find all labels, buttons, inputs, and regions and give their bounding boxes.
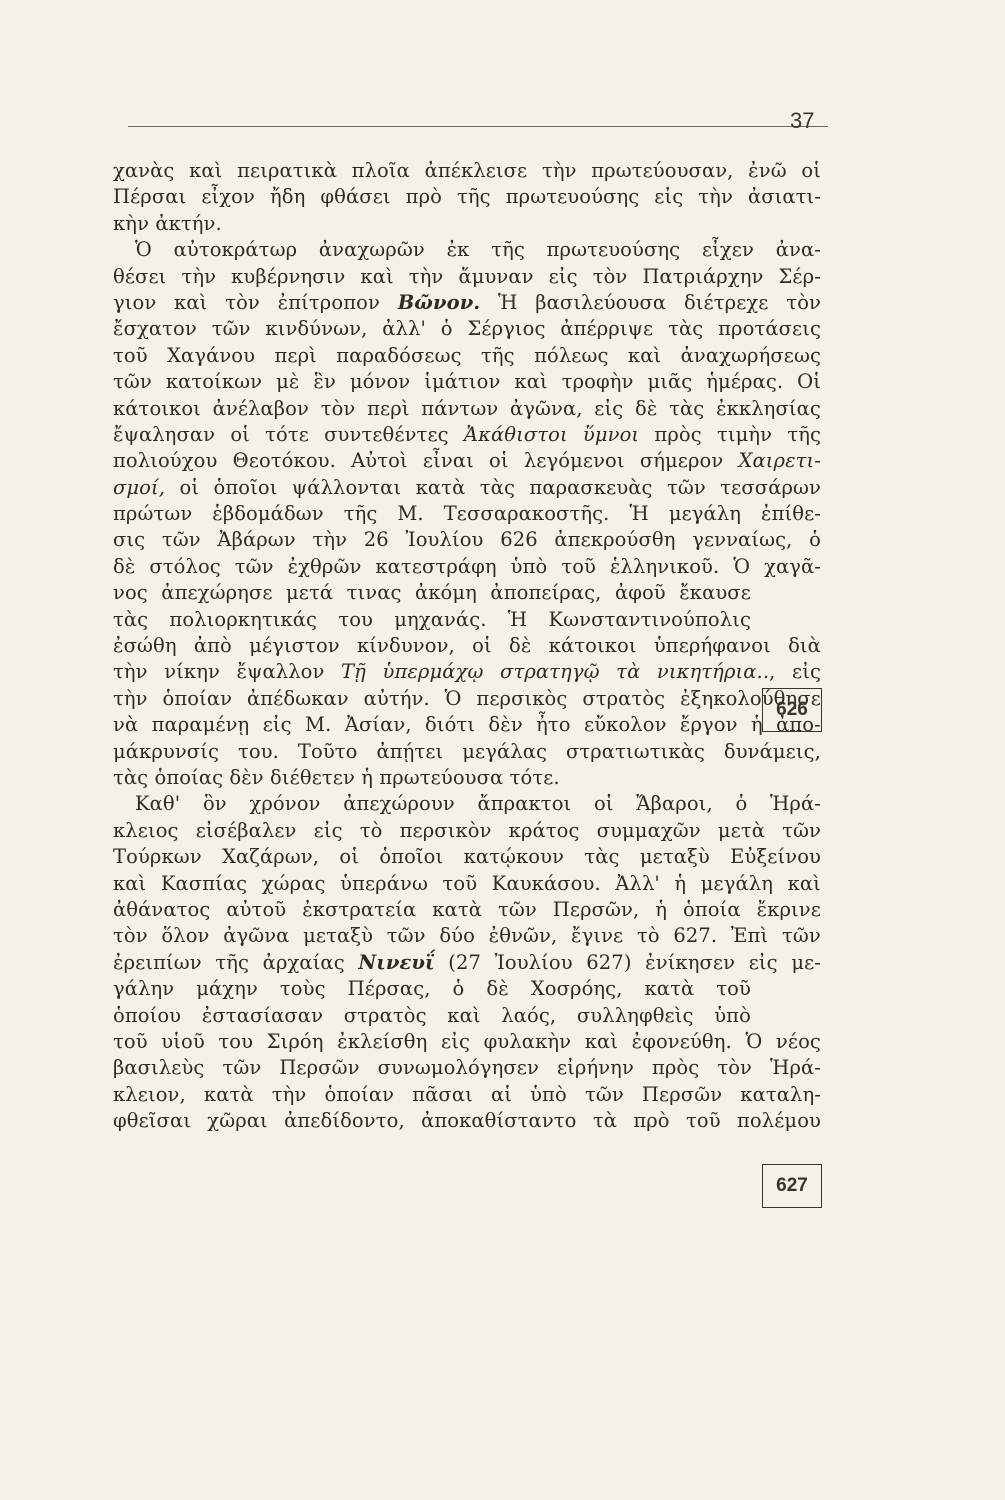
word: ἀπέρριψε [560, 316, 653, 342]
word: κατῴκουν [464, 844, 564, 870]
word: ἡ [655, 897, 667, 923]
word: Ἡρά- [770, 791, 821, 817]
word: τὸ [637, 923, 660, 949]
word: ἔκαυσε [679, 580, 751, 606]
word: πολέμου [737, 1108, 821, 1134]
word: περὶ [274, 343, 316, 369]
word: καὶ [585, 1029, 618, 1055]
word: τοῦ [113, 343, 148, 369]
text-segment: Νινευΐ [358, 951, 434, 974]
word: μέγιστον [249, 633, 340, 659]
word: Ἄβαροι, [636, 791, 713, 817]
word: ὁποίαν [325, 1082, 395, 1108]
word: Πατριάρχην [642, 264, 763, 290]
word: δὲ [635, 396, 657, 422]
word: Μ. [397, 501, 423, 527]
word: κατοίκων [166, 369, 262, 395]
word: πλοῖα [352, 158, 410, 184]
word: ἀπεχώρησε [161, 580, 272, 606]
word: τὴν [113, 686, 148, 712]
word: ἑλληνικοῦ. [610, 554, 719, 580]
word: περσικὸν [400, 818, 492, 844]
word: ἀθάνατος [113, 897, 210, 923]
word: ἀναχωρῶν [319, 237, 425, 263]
text-line: κάτοικοιἀνέλαβοντὸνπερὶπάντωνἀγῶνα,εἰςδὲ… [113, 396, 821, 422]
word: μετά [286, 580, 333, 606]
word: ἡ [751, 712, 763, 738]
text-line: νὰπαραμένῃεἰςΜ.Ἀσίαν,διότιδὲνἦτοεὔκολονἔ… [113, 712, 821, 738]
word: κατὰ [645, 976, 695, 1002]
text-line: μάκρυνσίςτου.Τοῦτοἀπῄτειμεγάλαςστρατιωτι… [113, 739, 821, 765]
text-segment: Βῶνον. [398, 291, 481, 314]
text-line: τὰςπολιορκητικάςτουμηχανάς.ἩΚωνσταντινού… [113, 607, 751, 633]
word: τῶν [585, 1082, 624, 1108]
word: ἦτο [536, 712, 571, 738]
word: Περσῶν [279, 1055, 359, 1081]
text-segment: τὰς ὁποίας δὲν διέθετεν ἡ πρωτεύουσα τότ… [113, 765, 560, 791]
word: Ἡ [629, 501, 648, 527]
word: στρατὸς [582, 686, 665, 712]
text-line: πρώτωνἑβδομάδωντῆςΜ.Τεσσαρακοστῆς.Ἡμεγάλ… [113, 501, 821, 527]
word: ἀπεκρούσθη [554, 527, 675, 553]
text-segment: τὴν νίκην ἔψαλλον [113, 660, 341, 683]
word: τοῦ [561, 554, 596, 580]
word: ἐκλείσθη [337, 1029, 427, 1055]
mixed-line: σμοί, οἱ ὁποῖοι ψάλλονται κατὰ τὰς παρασ… [113, 475, 821, 501]
text-line: σμοί, οἱ ὁποῖοι ψάλλονται κατὰ τὰς παρασ… [113, 475, 821, 501]
text-segment: Τῇ ὑπερμάχῳ στρατηγῷ τὰ νικητήρια.. [341, 660, 769, 683]
word: πρωτευούσης [506, 184, 640, 210]
word: πᾶσαι [412, 1082, 473, 1108]
word: αὐτοῦ [226, 897, 286, 923]
word: τῶν [387, 923, 426, 949]
word: προτάσεις [718, 316, 821, 342]
word: τοῦ [113, 1029, 148, 1055]
word: Ἀβάρων [217, 527, 295, 553]
word: τὰ [593, 1108, 617, 1134]
word: ὃν [203, 791, 227, 817]
text-line: τοῦΧαγάνουπερὶπαραδόσεωςτῆςπόλεωςκαὶἀναχ… [113, 343, 821, 369]
word: Οἱ [797, 369, 821, 395]
word: Τεσσαρακοστῆς. [444, 501, 610, 527]
word: Ὁ [135, 237, 152, 263]
word: χῶραι [207, 1108, 268, 1134]
word: πάντων [421, 396, 498, 422]
word: κλειον, [113, 1082, 186, 1108]
text-segment: ἔψαλησαν οἱ τότε συντεθέντες [113, 423, 464, 446]
word: νέος [776, 1029, 821, 1055]
word: εἰρήνην [557, 1055, 634, 1081]
word: τῶν [235, 554, 274, 580]
word: τὰς [584, 844, 619, 870]
word: του. [238, 739, 279, 765]
word: ἔκρινε [757, 897, 821, 923]
text-line: τὴν νίκην ἔψαλλον Τῇ ὑπερμάχῳ στρατηγῷ τ… [113, 659, 821, 685]
word: πρωτεύουσαν, [591, 158, 733, 184]
word: ἀγῶνα, [510, 396, 583, 422]
word: ὁποίαν [163, 686, 233, 712]
word: Χαγάνου [167, 343, 255, 369]
word: μάκρυνσίς [113, 739, 219, 765]
word: εἰς [549, 264, 578, 290]
word: κατὰ [432, 897, 482, 923]
word: καὶ [628, 343, 661, 369]
word: αὐτήν. [364, 686, 430, 712]
word: ἔργον [680, 712, 738, 738]
word: νὰ [113, 712, 138, 738]
word: μεγάλη [669, 501, 741, 527]
margin-note-626: 626 [762, 688, 822, 732]
word: τοῦ [686, 1108, 721, 1134]
word: Πέρσαι [113, 184, 186, 210]
word: ἔγινε [571, 923, 623, 949]
word: εὔκολον [584, 712, 667, 738]
word: χώρας [262, 871, 326, 897]
word: τὸν [717, 1055, 752, 1081]
word: τὸν [593, 264, 628, 290]
text-line: κλειον,κατὰτὴνὁποίανπᾶσαιαἱὑπὸτῶνΠερσῶνκ… [113, 1082, 821, 1108]
text-line: γάληνμάχηντοὺςΠέρσας,ὁδὲΧοσρόης,κατὰτοῦ [113, 976, 751, 1002]
word: ἔσχατον [113, 316, 197, 342]
word: τῶν [782, 923, 821, 949]
word: ἀπῄτει [376, 739, 443, 765]
word: ἄπρακτοι [478, 791, 572, 817]
text-line: Καθ'ὃνχρόνονἀπεχώρουνἄπρακτοιοἱἌβαροι,ὁἩ… [113, 791, 821, 817]
word: ὑπὸ [511, 554, 548, 580]
word: συμμαχῶν [597, 818, 701, 844]
word: καὶ [189, 158, 222, 184]
word: τῆς [491, 237, 525, 263]
word: μεγάλας [462, 739, 547, 765]
word: Κωνσταντινούπολις [548, 607, 751, 633]
word: πρώτων [113, 501, 192, 527]
word: τοῦ [443, 871, 478, 897]
text-segment: ἐρειπίων τῆς ἀρχαίας [113, 951, 358, 974]
text-line: κλειοςεἰσέβαλενεἰςτὸπερσικὸνκράτοςσυμμαχ… [113, 818, 821, 844]
book-page: 37 χανὰςκαὶπειρατικὰπλοῖαἀπέκλεισετὴνπρω… [0, 0, 1005, 1500]
word: ὁποίου [113, 1003, 181, 1029]
word: δὲ [486, 976, 508, 1002]
word: καὶ [788, 871, 821, 897]
word: διὰ [788, 633, 821, 659]
word: Εὐξείνου [730, 844, 821, 870]
text-line: ὁποίουἐστασίασανστρατὸςκαὶλαός,συλληφθεὶ… [113, 1003, 751, 1029]
word: περὶ [367, 396, 409, 422]
word: Πέρσας, [348, 976, 431, 1002]
text-line: γιον καὶ τὸν ἐπίτροπον Βῶνον. Ἡ βασιλεύο… [113, 290, 821, 316]
word: θέσει [113, 264, 166, 290]
word: τῶν [212, 316, 251, 342]
word: παραμένῃ [152, 712, 250, 738]
text-line: φθεῖσαιχῶραιἀπεδίδοντο,ἀποκαθίσταντοτὰπρ… [113, 1108, 821, 1134]
word: αἱ [491, 1082, 512, 1108]
word: συνωμολόγησεν [378, 1055, 539, 1081]
word: 626 [500, 527, 538, 553]
word: ὁποία [683, 897, 741, 923]
word: Τοῦτο [298, 739, 358, 765]
word: υἱοῦ [161, 1029, 205, 1055]
word: στόλος [149, 554, 220, 580]
text-line: Πέρσαιεἶχονἤδηφθάσειπρὸτῆςπρωτευούσηςεἰς… [113, 184, 821, 210]
word: στρατὸς [344, 1003, 427, 1029]
word: τῆς [457, 184, 491, 210]
word: ὅλον [161, 923, 209, 949]
word: πολιορκητικάς [169, 607, 317, 633]
text-line: ἀθάνατοςαὐτοῦἐκστρατείακατὰτῶνΠερσῶν,ἡὁπ… [113, 897, 821, 923]
word: εἶχον [201, 184, 255, 210]
word: ἐθνῶν, [489, 923, 558, 949]
word: κλειος [113, 818, 179, 844]
word: ἓν [313, 369, 336, 395]
text-line: τοῦυἱοῦτουΣιρόηἐκλείσθηεἰςφυλακὴνκαὶἐφον… [113, 1029, 821, 1055]
word: πρὸ [633, 1108, 669, 1134]
word: τὴν [272, 1082, 307, 1108]
word: ὑπὸ [530, 1082, 567, 1108]
word: πρωτευούσης [547, 237, 681, 263]
word: Καθ' [135, 791, 180, 817]
word: Περσῶν, [553, 897, 640, 923]
word: καὶ [447, 1003, 480, 1029]
word: Ὁ [733, 554, 750, 580]
text-segment: (27 Ἰουλίου 627) ἐνίκησεν εἰς με- [435, 951, 821, 974]
text-line: Ὁαὐτοκράτωρἀναχωρῶνἐκτῆςπρωτευούσηςεἶχεν… [113, 237, 821, 263]
word: Χαζάρων, [222, 844, 319, 870]
word: χαγᾶ- [764, 554, 821, 580]
word: τὴν [181, 264, 216, 290]
word: πόλεως [534, 343, 608, 369]
word: μετὰ [718, 818, 765, 844]
word: κυβέρνησιν [231, 264, 345, 290]
word: στρατιωτικὰς [566, 739, 705, 765]
word: ἐκ [447, 237, 470, 263]
text-line: ἐρειπίων τῆς ἀρχαίας Νινευΐ (27 Ἰουλίου … [113, 950, 821, 976]
word: παραδόσεως [336, 343, 461, 369]
word: ἐκστρατεία [302, 897, 416, 923]
word: σις [113, 527, 145, 553]
mixed-line: ἐρειπίων τῆς ἀρχαίας Νινευΐ (27 Ἰουλίου … [113, 950, 821, 976]
word: ἐστασίασαν [202, 1003, 323, 1029]
word: Σέργιος [467, 316, 545, 342]
text-line: σιςτῶνἈβάρωντὴν26Ἰουλίου626ἀπεκρούσθηγεν… [113, 527, 821, 553]
word: πρὸ [406, 184, 442, 210]
word: τὰς [113, 607, 148, 633]
text-segment: Ἀκάθιστοι ὕμνοι [464, 423, 639, 446]
word: ὁ [809, 527, 821, 553]
word: Ἡ [508, 607, 527, 633]
word: Ἰουλίου [405, 527, 483, 553]
word: ὁ [441, 316, 453, 342]
mixed-line: γιον καὶ τὸν ἐπίτροπον Βῶνον. Ἡ βασιλεύο… [113, 290, 821, 316]
word: Ἀσίαν, [345, 712, 412, 738]
word: τῶν [498, 897, 537, 923]
word: Κασπίας [161, 871, 247, 897]
word: ἡμέρας. [706, 369, 783, 395]
word: κίνδυνον, [357, 633, 455, 659]
text-segment: πολιούχου Θεοτόκου. Αὐτοὶ εἶναι οἱ λεγόμ… [113, 449, 739, 472]
word: τὰς [668, 316, 703, 342]
word: μάχην [196, 976, 258, 1002]
word: εἰς [263, 712, 292, 738]
word: ὑπὸ [714, 1003, 751, 1029]
word: δὲν [488, 712, 522, 738]
mixed-line: πολιούχου Θεοτόκου. Αὐτοὶ εἶναι οἱ λεγόμ… [113, 448, 821, 474]
word: ἐχθρῶν [288, 554, 362, 580]
word: μηχανάς. [394, 607, 486, 633]
text-line: πολιούχου Θεοτόκου. Αὐτοὶ εἶναι οἱ λεγόμ… [113, 448, 821, 474]
text-segment: οἱ ὁποῖοι ψάλλονται κατὰ τὰς παρασκευὰς … [165, 476, 821, 499]
word: φθάσει [320, 184, 390, 210]
page-number: 37 [790, 108, 814, 134]
body-text: χανὰςκαὶπειρατικὰπλοῖαἀπέκλεισετὴνπρωτεύ… [113, 158, 821, 1134]
text-line: τὸνὅλονἀγῶναμεταξὺτῶνδύοἐθνῶν,ἔγινετὸ627… [113, 923, 821, 949]
word: ἄμυναν [458, 264, 533, 290]
text-segment: γιον καὶ τὸν ἐπίτροπον [113, 291, 398, 314]
word: δύο [439, 923, 475, 949]
word: τὴν [698, 184, 733, 210]
word: οἱ [339, 844, 359, 870]
word: δυνάμεις, [724, 739, 821, 765]
word: οἱ [801, 158, 821, 184]
word: του [218, 1029, 253, 1055]
word: εἰς [594, 396, 623, 422]
word: κράτος [509, 818, 580, 844]
word: τὴν [312, 527, 347, 553]
word: μόνον [350, 369, 410, 395]
word: εἰς [314, 818, 343, 844]
word: τῶν [782, 818, 821, 844]
word: ἀπέκλεισε [425, 158, 528, 184]
word: ἀποκαθίσταντο [421, 1108, 576, 1134]
text-segment: , εἰς [769, 660, 821, 683]
word: Σέρ- [779, 264, 821, 290]
text-segment: Χαιρετι- [739, 449, 821, 472]
word: ὑπερήφανοι [654, 633, 771, 659]
word: Ὁ [445, 686, 462, 712]
word: μεταξὺ [303, 923, 373, 949]
word: 627. [673, 923, 717, 949]
word: καὶ [360, 264, 393, 290]
word: του [338, 607, 373, 633]
text-line: θέσειτὴνκυβέρνησινκαὶτὴνἄμυνανεἰςτὸνΠατρ… [113, 264, 821, 290]
word: Μ. [305, 712, 331, 738]
word: τὸν [321, 396, 356, 422]
word: νος [113, 580, 148, 606]
word: εἰσέβαλεν [196, 818, 297, 844]
text-segment: πρὸς τιμὴν τῆς [639, 423, 821, 446]
word: οἱ [594, 791, 614, 817]
word: χρόνον [249, 791, 320, 817]
word: 26 [364, 527, 389, 553]
word: ἀπὸ [194, 633, 232, 659]
text-line: ἔσχατοντῶνκινδύνων,ἀλλ'ὁΣέργιοςἀπέρριψετ… [113, 316, 821, 342]
mixed-line: ἔψαλησαν οἱ τότε συντεθέντες Ἀκάθιστοι ὕ… [113, 422, 821, 448]
word: ἱμάτιον [424, 369, 500, 395]
word: ἀφοῦ [615, 580, 666, 606]
word: ὁ [735, 791, 747, 817]
text-line: ἐσώθηἀπὸμέγιστονκίνδυνον,οἱδὲκάτοικοιὑπε… [113, 633, 821, 659]
word: εἶχεν [702, 237, 754, 263]
text-line: καὶΚασπίαςχώραςὑπεράνωτοῦΚαυκάσου.Ἀλλ'ἡμ… [113, 871, 821, 897]
text-line: τὰς ὁποίας δὲν διέθετεν ἡ πρωτεύουσα τότ… [113, 765, 821, 791]
word: Ἡρά- [770, 1055, 821, 1081]
word: ἀποπείρας, [490, 580, 601, 606]
word: τῶν [222, 1055, 261, 1081]
word: ἐκκλησίας [716, 396, 821, 422]
word: ὁποῖοι [379, 844, 443, 870]
word: περσικὸς [476, 686, 567, 712]
word: Ἐπὶ [731, 923, 768, 949]
word: ἀναχωρήσεως [681, 343, 821, 369]
word: Τούρκων [113, 844, 202, 870]
word: δὲ [113, 554, 135, 580]
word: τῶν [162, 527, 201, 553]
word: Περσῶν [642, 1082, 722, 1108]
word: Χοσρόης, [531, 976, 623, 1002]
word: τροφὴν [562, 369, 634, 395]
text-line: τὴνὁποίανἀπέδωκαναὐτήν.Ὁπερσικὸςστρατὸςἐ… [113, 686, 821, 712]
header-rule [128, 126, 828, 127]
word: ὑπεράνω [340, 871, 428, 897]
word: Καυκάσου. [492, 871, 601, 897]
word: αὐτοκράτωρ [174, 237, 298, 263]
word: τινας [347, 580, 402, 606]
word: κατεστράφη [375, 554, 496, 580]
word: μὲ [276, 369, 299, 395]
word: τῆς [344, 501, 378, 527]
word: ἐσώθη [113, 633, 177, 659]
word: οἱ [472, 633, 492, 659]
text-line: ΤούρκωνΧαζάρων,οἱὁποῖοικατῴκουντὰςμεταξὺ… [113, 844, 821, 870]
word: τοὺς [280, 976, 326, 1002]
word: τοῦ [716, 976, 751, 1002]
word: πρὸς [652, 1055, 699, 1081]
word: ἐφονεύθη. [632, 1029, 732, 1055]
word: φυλακὴν [484, 1029, 571, 1055]
text-line: τῶνκατοίκωνμὲἓνμόνονἱμάτιονκαὶτροφὴνμιᾶς… [113, 369, 821, 395]
word: ἀνα- [776, 237, 821, 263]
text-line: βασιλεὺςτῶνΠερσῶνσυνωμολόγησενεἰρήνηνπρὸ… [113, 1055, 821, 1081]
word: ἑβδομάδων [212, 501, 323, 527]
word: φθεῖσαι [113, 1108, 191, 1134]
word: εἰς [654, 184, 683, 210]
word: εἰς [441, 1029, 470, 1055]
word: ἡ [674, 871, 686, 897]
word: δὲ [509, 633, 531, 659]
word: κινδύνων, [265, 316, 367, 342]
mixed-line: τὴν νίκην ἔψαλλον Τῇ ὑπερμάχῳ στρατηγῷ τ… [113, 659, 821, 685]
word: χανὰς [113, 158, 174, 184]
word: καὶ [514, 369, 547, 395]
text-segment: σμοί, [113, 476, 165, 499]
word: τῆς [481, 343, 515, 369]
word: γενναίως, [692, 527, 792, 553]
text-line: κὴν ἀκτήν. [113, 211, 821, 237]
word: τὴν [542, 158, 577, 184]
word: κάτοικοι [113, 396, 201, 422]
word: ἀπεδίδοντο, [284, 1108, 405, 1134]
word: ἀλλ' [382, 316, 426, 342]
word: μεγάλη [701, 871, 773, 897]
word: γάλην [113, 976, 174, 1002]
word: λαός, [501, 1003, 556, 1029]
text-segment: κὴν ἀκτήν. [113, 211, 222, 237]
word: ἀπεχώρουν [343, 791, 455, 817]
word: ἀνέλαβον [213, 396, 309, 422]
word: Ἀλλ' [615, 871, 660, 897]
word: κάτοικοι [549, 633, 637, 659]
word: συλληφθεὶς [577, 1003, 694, 1029]
word: καὶ [113, 871, 146, 897]
